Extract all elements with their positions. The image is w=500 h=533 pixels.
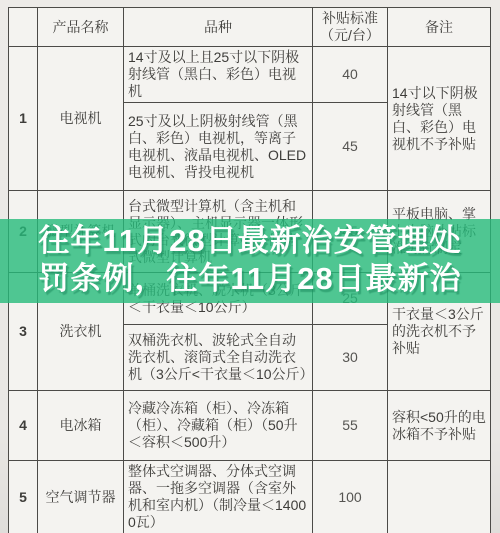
header-product: 产品名称 xyxy=(38,8,124,47)
note-cell: 14寸以下阴极射线管（黑白、彩色）电视机不予补贴 xyxy=(388,47,491,191)
scanned-page: 产品名称 品种 补贴标准 （元/台） 备注 1 电视机 14寸及以上且25寸以下… xyxy=(0,0,500,533)
variety-cell: 冷藏冷冻箱（柜）、冷冻箱（柜）、冷藏箱（柜）（50升＜容积＜500升） xyxy=(124,391,313,461)
header-note: 备注 xyxy=(388,8,491,47)
subsidy-value-cell: 55 xyxy=(313,391,388,461)
subsidy-value-cell: 40 xyxy=(313,47,388,103)
watermark-overlay: 往年11月28日最新治安管理处 罚条例，往年11月28日最新治 xyxy=(0,219,500,303)
table-header-row: 产品名称 品种 补贴标准 （元/台） 备注 xyxy=(9,8,491,47)
subsidy-value-cell: 45 xyxy=(313,103,388,191)
variety-cell: 双桶洗衣机、波轮式全自动洗衣机、滚筒式全自动洗衣机（3公斤<干衣量＜10公斤） xyxy=(124,325,313,391)
subsidy-value-cell: 100 xyxy=(313,461,388,533)
variety-cell: 整体式空调器、分体式空调器、一拖多空调器（含室外机和室内机）（制冷量＜14000… xyxy=(124,461,313,533)
watermark-caption: 往年11月28日最新治安管理处 罚条例，往年11月28日最新治 xyxy=(0,222,500,298)
table-row: 1 电视机 14寸及以上且25寸以下阴极射线管（黑白、彩色）电视机 40 14寸… xyxy=(9,47,491,103)
watermark-line-1: 往年11月28日最新治安管理处 xyxy=(0,222,500,260)
table-row: 5 空气调节器 整体式空调器、分体式空调器、一拖多空调器（含室外机和室内机）（制… xyxy=(9,461,491,533)
product-name-cell: 电视机 xyxy=(38,47,124,191)
row-number-cell: 4 xyxy=(9,391,38,461)
variety-cell: 14寸及以上且25寸以下阴极射线管（黑白、彩色）电视机 xyxy=(124,47,313,103)
row-number-cell: 1 xyxy=(9,47,38,191)
watermark-line-2: 罚条例，往年11月28日最新治 xyxy=(0,260,500,298)
row-number-cell: 5 xyxy=(9,461,38,533)
product-name-cell: 电冰箱 xyxy=(38,391,124,461)
header-variety: 品种 xyxy=(124,8,313,47)
note-cell xyxy=(388,461,491,533)
table-row: 4 电冰箱 冷藏冷冻箱（柜）、冷冻箱（柜）、冷藏箱（柜）（50升＜容积＜500升… xyxy=(9,391,491,461)
note-cell: 容积<50升的电冰箱不予补贴 xyxy=(388,391,491,461)
variety-cell: 25寸及以上阴极射线管（黑白、彩色）电视机，等离子电视机、液晶电视机、OLED电… xyxy=(124,103,313,191)
header-index xyxy=(9,8,38,47)
product-name-cell: 空气调节器 xyxy=(38,461,124,533)
subsidy-value-cell: 30 xyxy=(313,325,388,391)
header-subsidy: 补贴标准 （元/台） xyxy=(313,8,388,47)
